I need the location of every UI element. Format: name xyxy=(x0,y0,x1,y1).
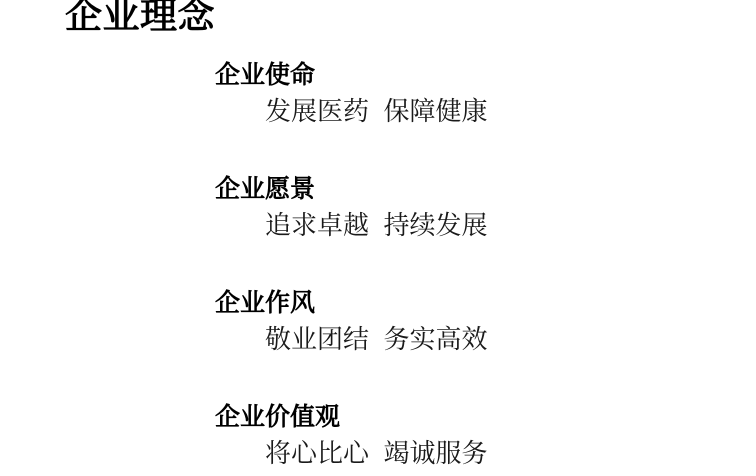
section-mission-heading: 企业使命 xyxy=(215,63,756,88)
section-vision: 企业愿景 追求卓越 持续发展 xyxy=(215,177,756,238)
sections-container: 企业使命 发展医药 保障健康 企业愿景 追求卓越 持续发展 企业作风 敬业团结 … xyxy=(215,63,756,466)
section-values-heading: 企业价值观 xyxy=(215,405,756,430)
section-vision-heading: 企业愿景 xyxy=(215,177,756,202)
section-style-heading: 企业作风 xyxy=(215,291,756,316)
section-style: 企业作风 敬业团结 务实高效 xyxy=(215,291,756,352)
page-title: 企业理念 xyxy=(65,0,756,36)
section-values-body: 将心比心 竭诚服务 xyxy=(265,440,756,466)
section-vision-body: 追求卓越 持续发展 xyxy=(265,212,756,238)
philosophy-page: 企业理念 企业使命 发展医药 保障健康 企业愿景 追求卓越 持续发展 企业作风 … xyxy=(0,0,756,472)
section-mission-body: 发展医药 保障健康 xyxy=(265,98,756,124)
section-style-body: 敬业团结 务实高效 xyxy=(265,326,756,352)
section-values: 企业价值观 将心比心 竭诚服务 xyxy=(215,405,756,466)
section-mission: 企业使命 发展医药 保障健康 xyxy=(215,63,756,124)
